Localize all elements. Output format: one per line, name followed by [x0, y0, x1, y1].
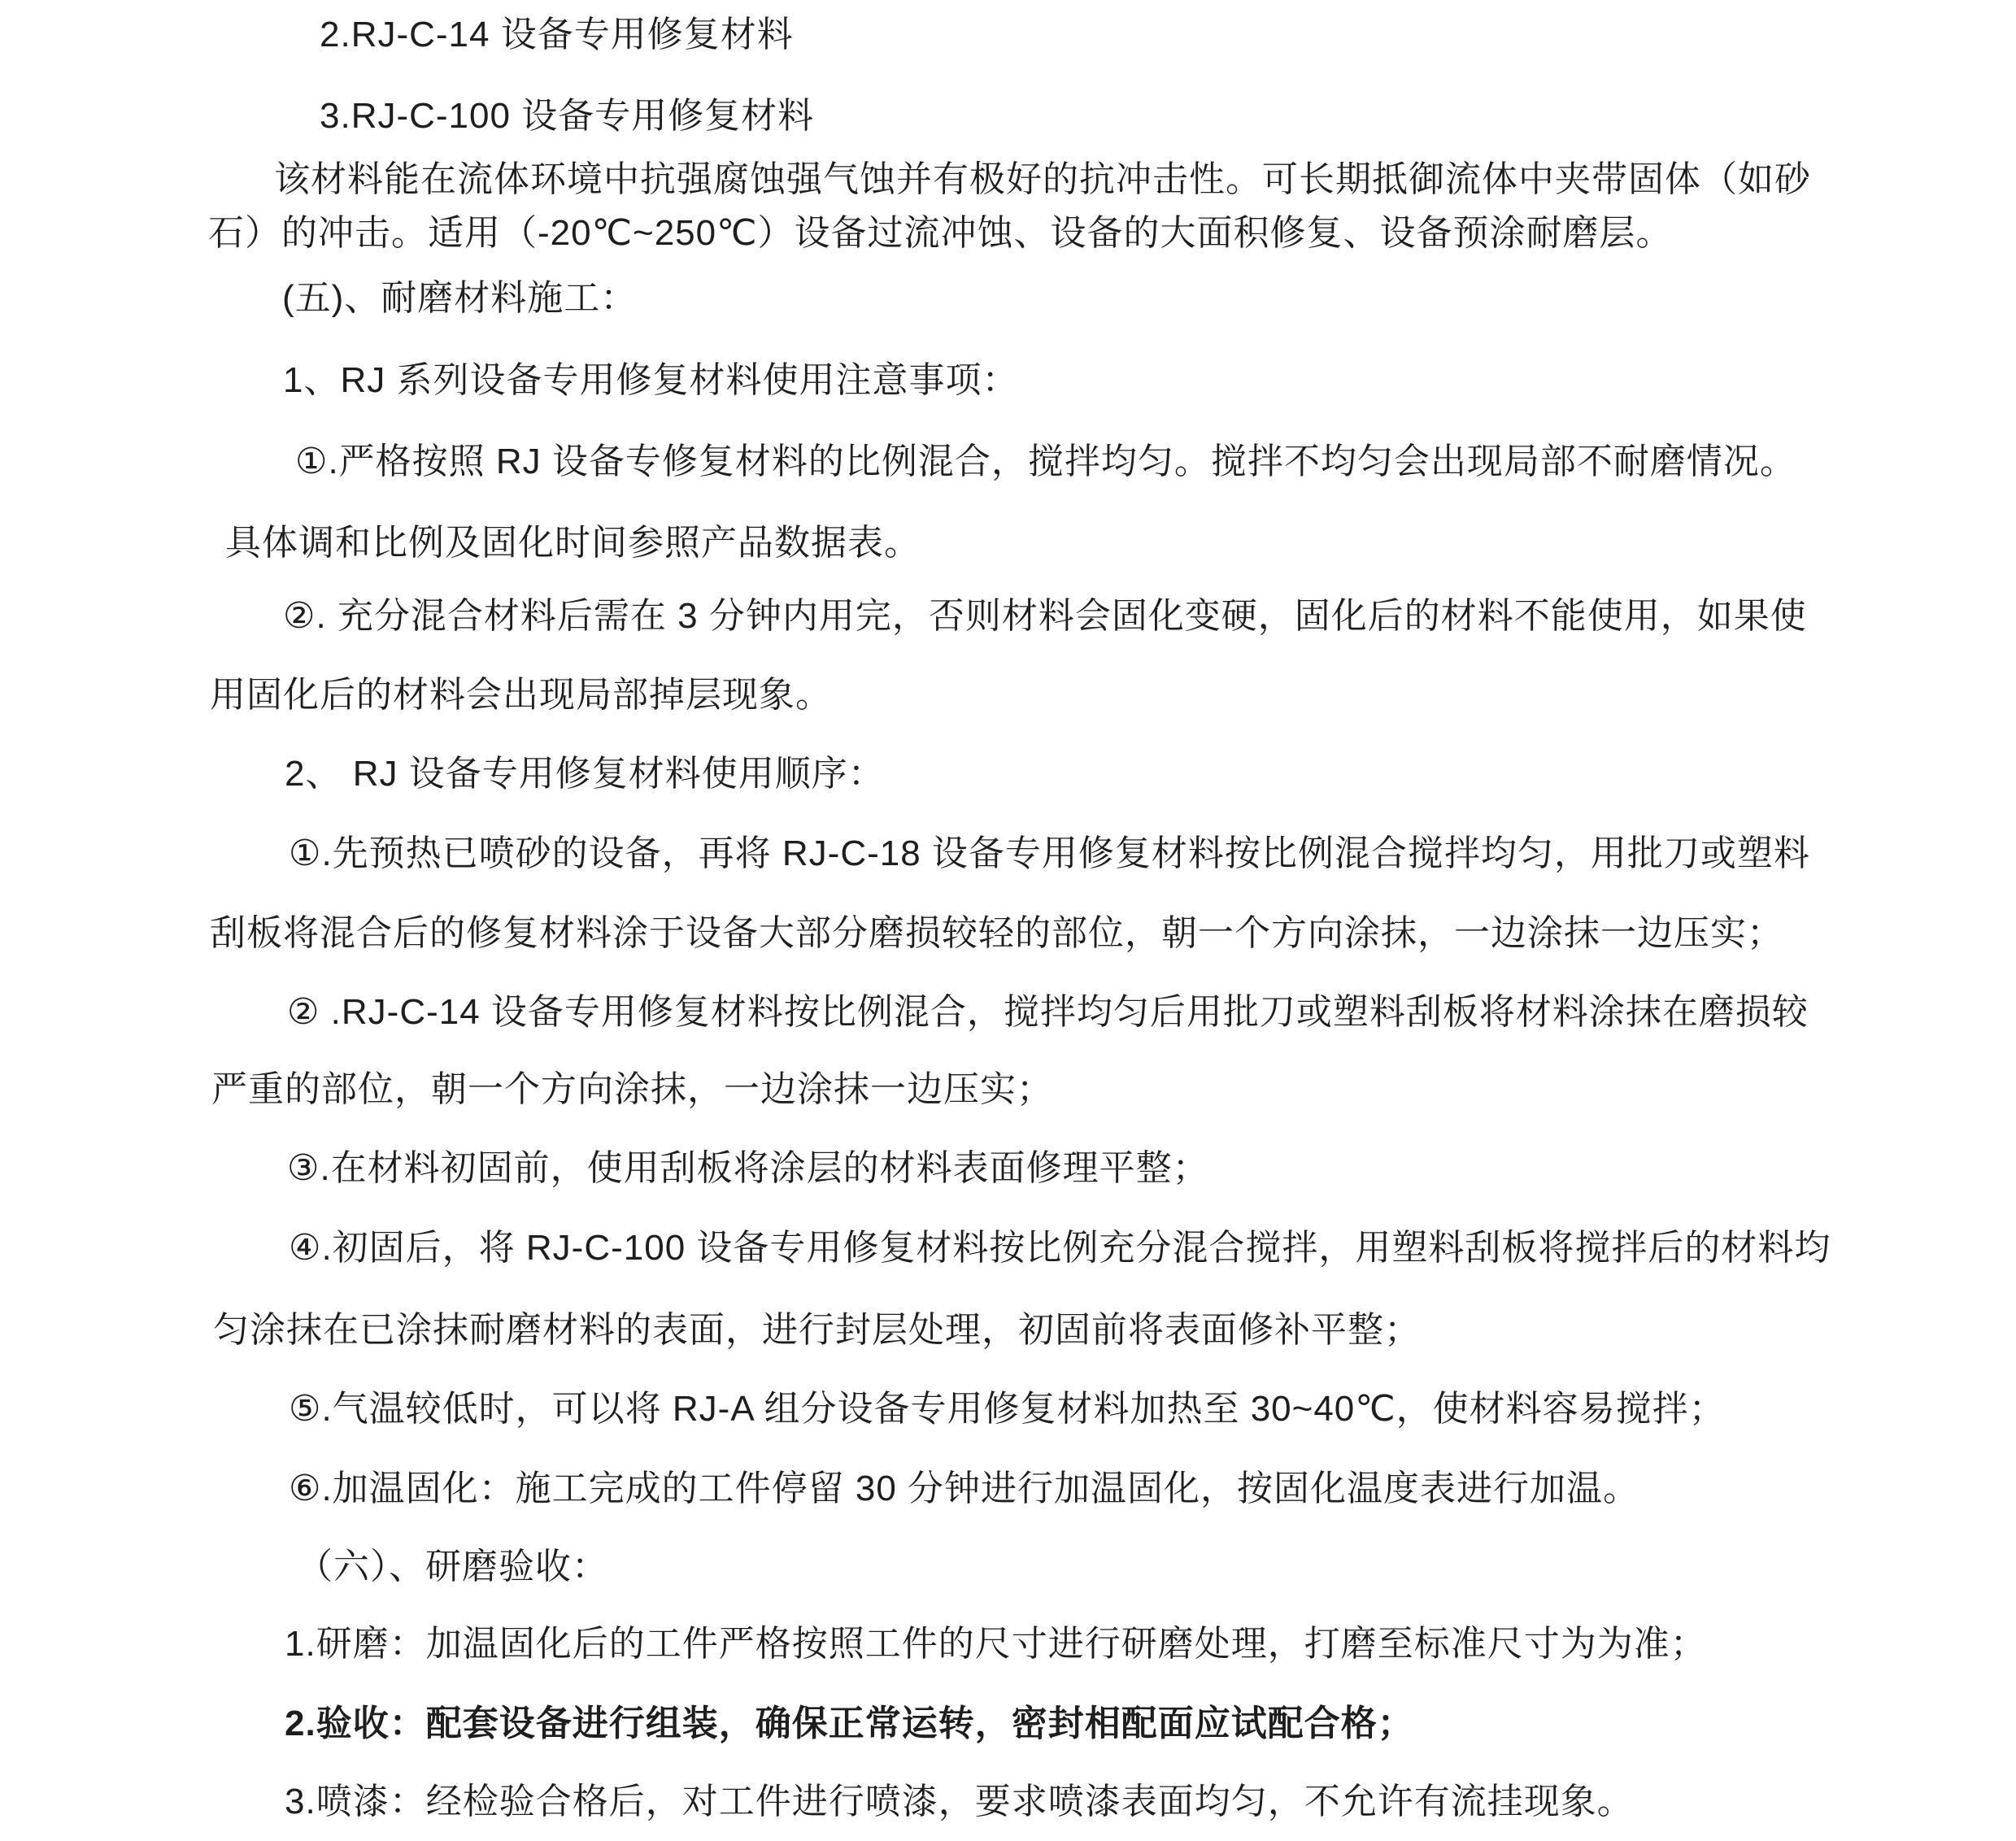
usage-step-6: ⑥.加温固化：施工完成的工件停留 30 分钟进行加温固化，按固化温度表进行加温。 [289, 1469, 1639, 1510]
precaution-item-1-line-2: 具体调和比例及固化时间参照产品数据表。 [225, 523, 921, 564]
precaution-item-2-line-2: 用固化后的材料会出现局部掉层现象。 [210, 675, 832, 716]
paragraph-material-description-line-2: 石）的冲击。适用（-20℃~250℃）设备过流冲蚀、设备的大面积修复、设备预涂耐… [208, 213, 1673, 255]
section-heading-wear-material-construction: (五)、耐磨材料施工： [282, 278, 637, 320]
subheading-usage-order: 2、 RJ 设备专用修复材料使用顺序： [285, 754, 885, 795]
acceptance-item-grinding: 1.研磨：加温固化后的工件严格按照工件的尺寸进行研磨处理，打磨至标准尺寸为为准； [285, 1624, 1707, 1665]
usage-step-4-line-2: 匀涂抹在已涂抹耐磨材料的表面，进行封层处理，初固前将表面修补平整； [213, 1310, 1421, 1351]
usage-step-3: ③.在材料初固前，使用刮板将涂层的材料表面修理平整； [287, 1148, 1209, 1190]
acceptance-item-inspection: 2.验收：配套设备进行组装，确保正常运转，密封相配面应试配合格； [285, 1704, 1414, 1745]
precaution-item-2-line-1: ②. 充分混合材料后需在 3 分钟内用完，否则材料会固化变硬，固化后的材料不能使… [283, 596, 1807, 638]
section-heading-grinding-acceptance: （六）、研磨验收： [297, 1547, 608, 1588]
list-item-rj-c-14: 2.RJ-C-14 设备专用修复材料 [320, 15, 794, 56]
paragraph-material-description-line-1: 该材料能在流体环境中抗强腐蚀强气蚀并有极好的抗冲击性。可长期抵御流体中夹带固体（… [274, 159, 1811, 201]
usage-step-4-line-1: ④.初固后，将 RJ-C-100 设备专用修复材料按比例充分混合搅拌，用塑料刮板… [289, 1228, 1831, 1269]
document-page: 2.RJ-C-14 设备专用修复材料 3.RJ-C-100 设备专用修复材料 该… [0, 0, 2016, 1841]
usage-step-2-line-2: 严重的部位，朝一个方向涂抹，一边涂抹一边压实； [211, 1069, 1053, 1111]
usage-step-2-line-1: ② .RJ-C-14 设备专用修复材料按比例混合，搅拌均匀后用批刀或塑料刮板将材… [287, 992, 1809, 1034]
subheading-usage-precautions: 1、RJ 系列设备专用修复材料使用注意事项： [283, 360, 1018, 402]
usage-step-1-line-2: 刮板将混合后的修复材料涂于设备大部分磨损较轻的部位，朝一个方向涂抹，一边涂抹一边… [210, 913, 1783, 955]
usage-step-1-line-1: ①.先预热已喷砂的设备，再将 RJ-C-18 设备专用修复材料按比例混合搅拌均匀… [289, 833, 1810, 875]
precaution-item-1-line-1: ①.严格按照 RJ 设备专修复材料的比例混合，搅拌均匀。搅拌不均匀会出现局部不耐… [295, 442, 1796, 483]
list-item-rj-c-100: 3.RJ-C-100 设备专用修复材料 [320, 96, 814, 137]
acceptance-item-painting: 3.喷漆：经检验合格后，对工件进行喷漆，要求喷漆表面均匀，不允许有流挂现象。 [285, 1782, 1634, 1823]
usage-step-5: ⑤.气温较低时，可以将 RJ-A 组分设备专用修复材料加热至 30~40℃，使材… [289, 1389, 1726, 1430]
